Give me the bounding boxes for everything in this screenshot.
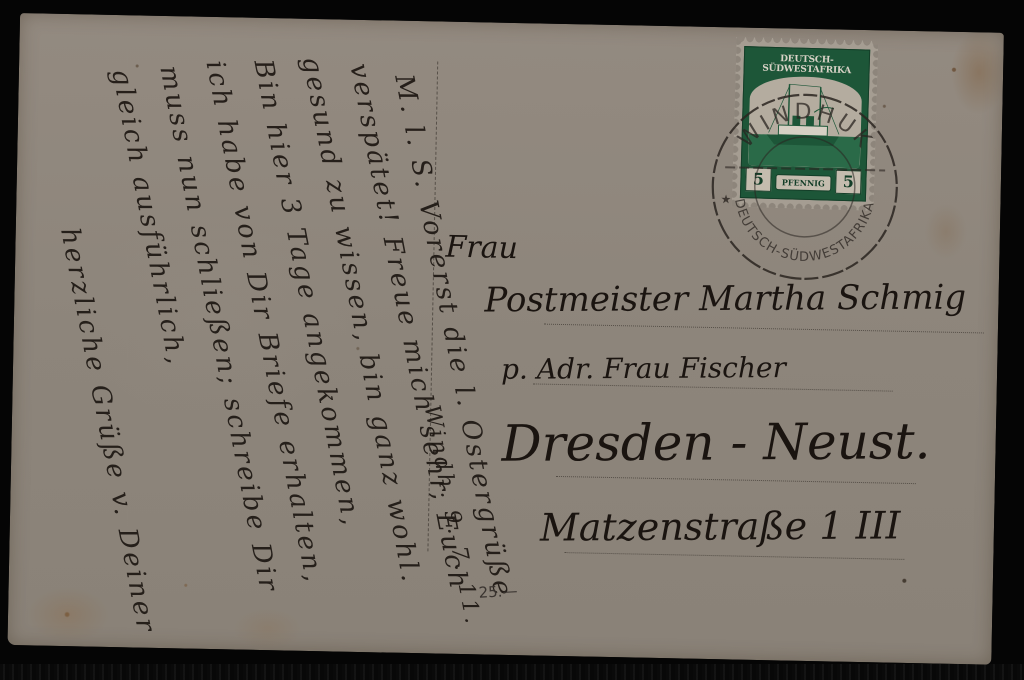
message-area: M. l. S. Vorerst die l. Ostergrüße versp… [22,27,434,635]
ship-icon [748,75,863,168]
address-line-1: Postmeister Martha Schmig [484,277,966,320]
scanner-background-strip [0,664,1024,680]
address-salutation: Frau [445,230,518,266]
pencil-price-note: 25.— [478,582,518,602]
stamp-value-left: 5 [745,167,772,192]
stamp-vignette [748,75,863,168]
postcard: M. l. S. Vorerst die l. Ostergrüße versp… [7,13,1003,665]
stamp-country: DEUTSCH-SÜDWESTAFRIKA [744,53,869,77]
stamp-frame: DEUTSCH-SÜDWESTAFRIKA 5 PFENNIG [740,46,870,202]
stamp-denomination: PFENNIG [775,174,831,192]
postage-stamp: DEUTSCH-SÜDWESTAFRIKA 5 PFENNIG [732,37,879,211]
stamp-value-right: 5 [835,170,862,195]
address-line-4: Matzenstraße 1 III [540,503,901,549]
message-column: herzliche Grüße v. Deiner [54,225,161,636]
address-line-3: Dresden - Neust. [501,412,930,473]
address-line-2: p. Adr. Frau Fischer [501,351,786,386]
